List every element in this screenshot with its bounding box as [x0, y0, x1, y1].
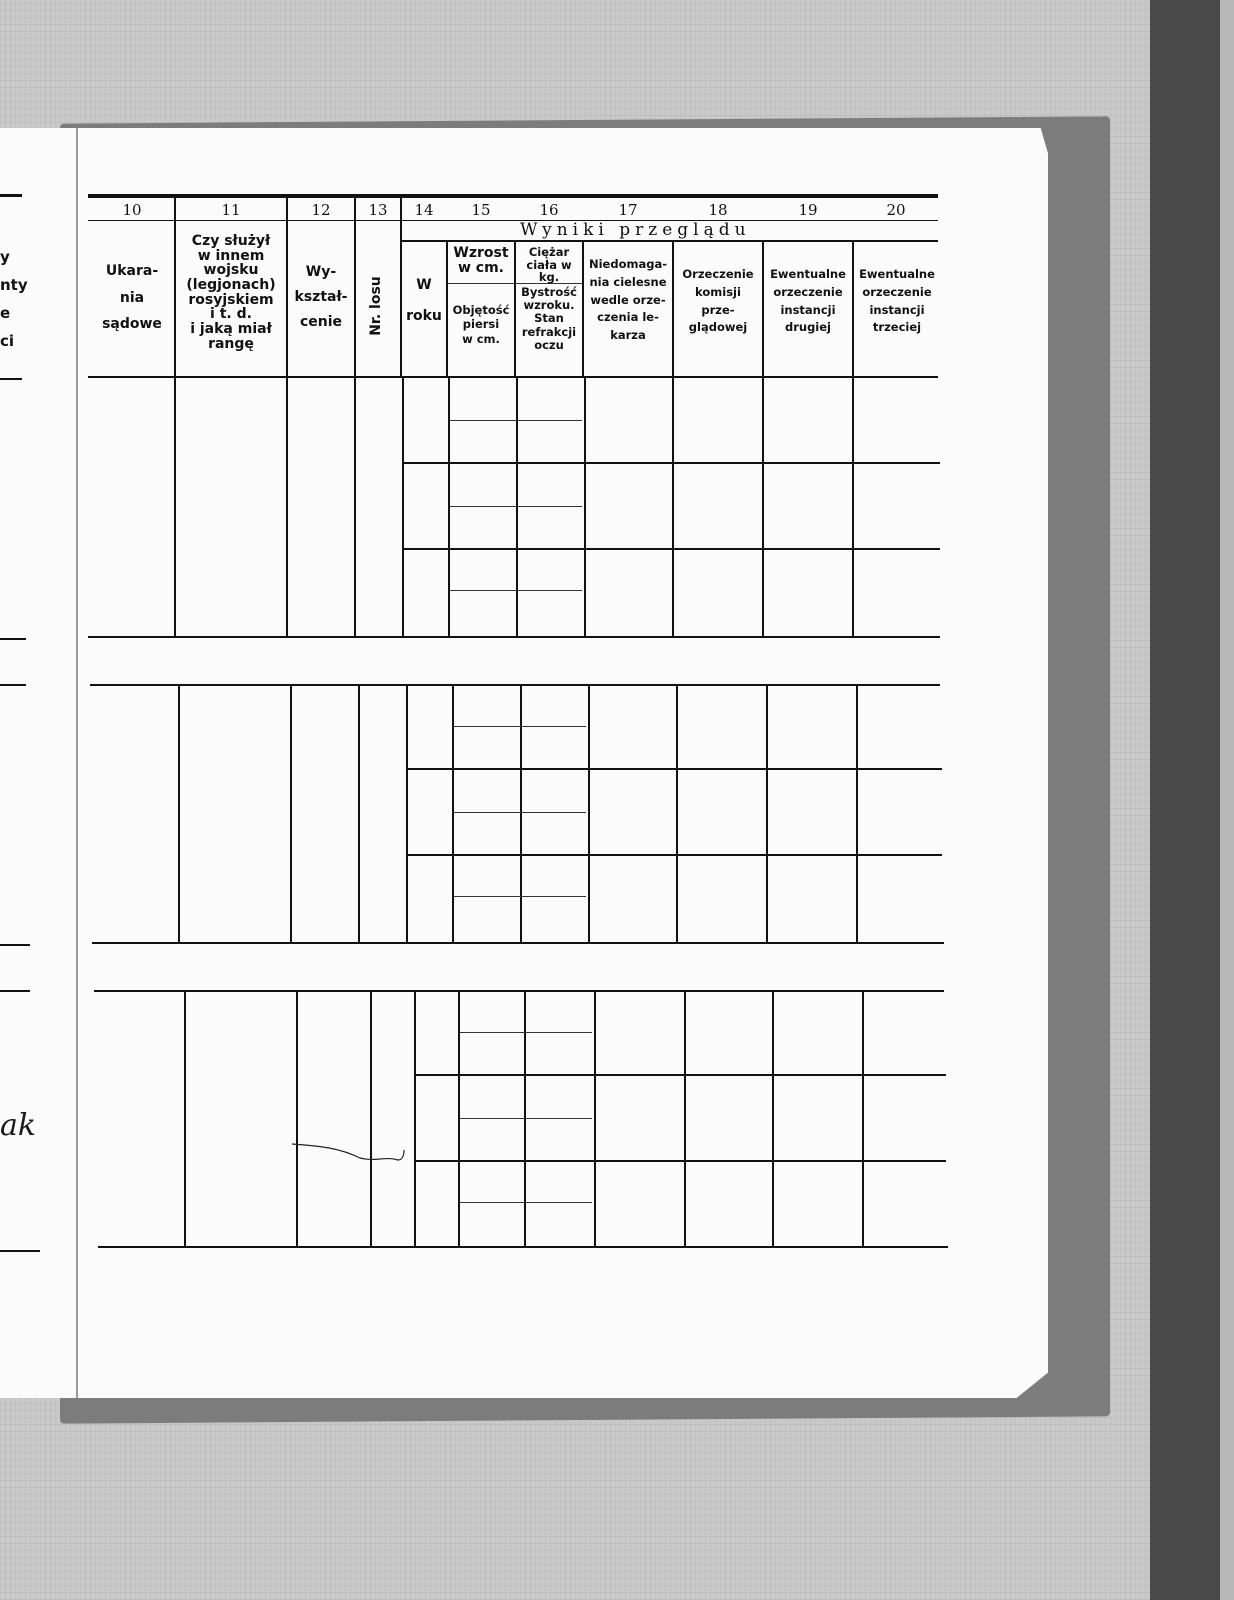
column-number-14: 14	[402, 201, 446, 219]
group-title-wyniki-przegladu: Wyniki przeglądu	[520, 220, 751, 240]
column-number-15: 15	[448, 201, 514, 219]
column-header-ukarania-sadowe: Ukara- nia sądowe	[90, 258, 174, 338]
column-number-20: 20	[854, 201, 938, 219]
top-rule	[88, 194, 938, 198]
column-header-bystrosc-wzroku: Bystrość wzroku. Stan refrakcji oczu	[516, 286, 582, 352]
column-header-instancja-trzecia: Ewentualne orzeczenie instancji trzeciej	[854, 266, 940, 337]
partial-header-line: nty	[0, 276, 28, 294]
column-number-19: 19	[764, 201, 852, 219]
partial-header-line: y	[0, 248, 10, 266]
top-rule-left	[0, 194, 22, 197]
column-number-16: 16	[516, 201, 582, 219]
handwritten-squiggle	[290, 1138, 410, 1168]
record-block-3	[0, 990, 1048, 1252]
column-header-niedomagania: Niedomaga- nia cielesne wedle orze- czen…	[584, 256, 672, 345]
column-number-10: 10	[90, 201, 174, 219]
header-divider	[354, 198, 356, 378]
record-block-2	[0, 684, 1048, 946]
column-number-17: 17	[584, 201, 672, 219]
column-number-13: 13	[356, 201, 400, 219]
column-number-12: 12	[288, 201, 354, 219]
handwritten-surname-fragment: ak	[0, 1108, 36, 1143]
group-rule	[400, 240, 938, 242]
column-header-nr-losu: Nr. losu	[368, 276, 384, 336]
record-block-1	[0, 378, 1048, 640]
column-header-wyksztalcenie: Wy- kształ- cenie	[288, 260, 354, 336]
number-row-rule	[88, 220, 938, 221]
column-header-instancja-druga: Ewentualne orzeczenie instancji drugiej	[764, 266, 852, 337]
column-header-w-roku: W roku	[402, 278, 446, 324]
column-header-ciezar: Ciężar ciała w kg.	[516, 246, 582, 284]
partial-header-line: ci	[0, 332, 14, 350]
column-header-objetosc-piersi: Objętość piersi w cm.	[448, 303, 514, 346]
column-header-wzrost: Wzrost w cm.	[448, 246, 514, 275]
partial-header-line: e	[0, 304, 10, 322]
scanner-edge	[1220, 0, 1234, 1600]
column-number-11: 11	[176, 201, 286, 219]
column-header-sluzba-wojskowa: Czy służył w innem wojsku (legjonach) ro…	[176, 234, 286, 352]
column-header-orzeczenie-komisji: Orzeczenie komisji prze- glądowej	[674, 266, 762, 337]
scanner-strip	[1150, 0, 1220, 1600]
form-page: y nty e ci 10 11 12 13 14 15 16 17 18 19…	[0, 128, 1048, 1398]
column-number-18: 18	[674, 201, 762, 219]
